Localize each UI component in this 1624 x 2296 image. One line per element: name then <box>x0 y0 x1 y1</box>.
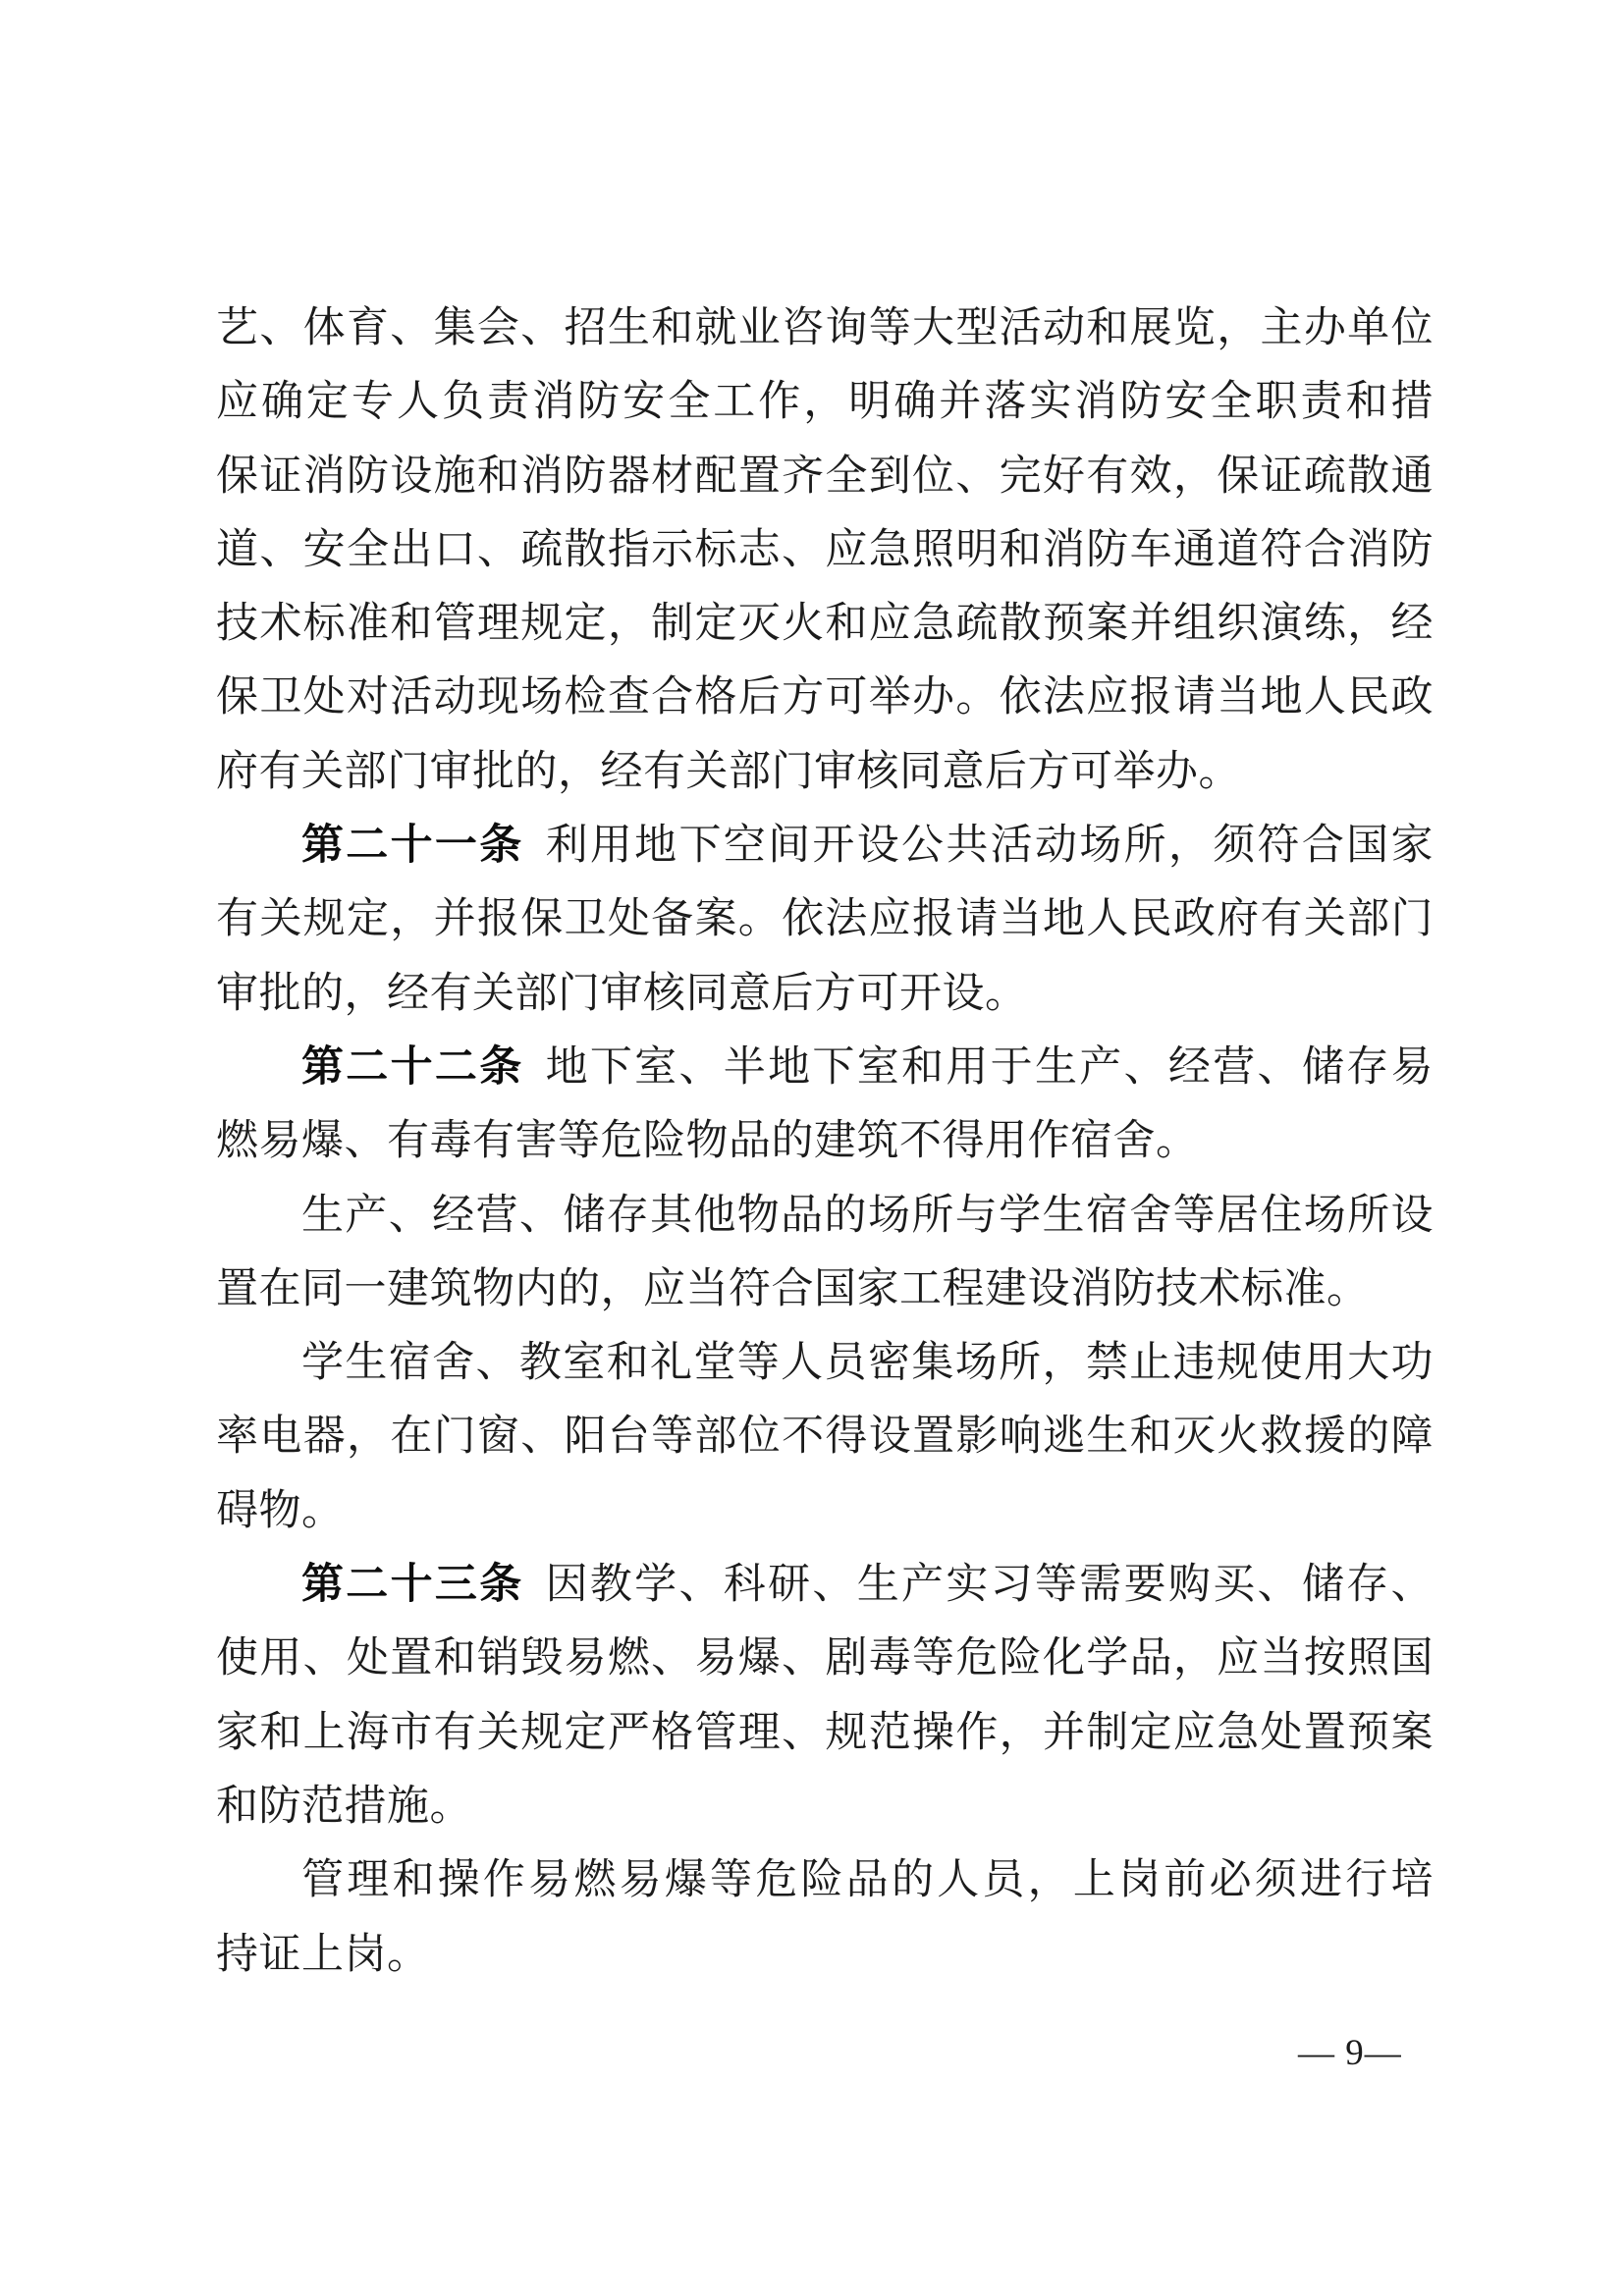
text-line: 使用、处置和销毁易燃、易爆、剧毒等危险化学品，应当按照国 <box>216 1622 1434 1695</box>
text-line: 和防范措施。 <box>216 1770 1434 1843</box>
text-line: 燃易爆、有毒有害等危险物品的建筑不得用作宿舍。 <box>216 1104 1434 1178</box>
text-line: 保卫处对活动现场检查合格后方可举办。依法应报请当地人民政 <box>216 661 1434 734</box>
text-line: 第二十二条地下室、半地下室和用于生产、经营、储存易 <box>216 1031 1434 1104</box>
article-number-heading: 第二十一条 <box>301 822 524 869</box>
article-number-heading: 第二十二条 <box>301 1043 524 1091</box>
text-line: 生产、经营、储存其他物品的场所与学生宿舍等居住场所设 <box>216 1179 1434 1253</box>
document-body: 艺、体育、集会、招生和就业咨询等大型活动和展览，主办单位 应确定专人负责消防安全… <box>216 292 1434 1992</box>
line-text: 艺、体育、集会、招生和就业咨询等大型活动和展览，主办单位 <box>216 305 1434 351</box>
text-line: 第二十三条因教学、科研、生产实习等需要购买、储存、 <box>216 1548 1434 1622</box>
line-text: 有关规定，并报保卫处备案。依法应报请当地人民政府有关部门 <box>216 896 1434 942</box>
line-text: 保卫处对活动现场检查合格后方可举办。依法应报请当地人民政 <box>216 674 1434 721</box>
line-text: 管理和操作易燃易爆等危险品的人员，上岗前必须进行培训， <box>216 1857 1434 1917</box>
page-number: — 9— <box>1298 2032 1402 2075</box>
text-line: 艺、体育、集会、招生和就业咨询等大型活动和展览，主办单位 <box>216 292 1434 365</box>
line-text: 学生宿舍、教室和礼堂等人员密集场所，禁止违规使用大功 <box>301 1340 1434 1386</box>
line-text: 审批的，经有关部门审核同意后方可开设。 <box>216 971 1028 1017</box>
text-line: 府有关部门审批的，经有关部门审核同意后方可举办。 <box>216 735 1434 809</box>
line-text: 保证消防设施和消防器材配置齐全到位、完好有效，保证疏散通 <box>216 454 1434 500</box>
line-text: 使用、处置和销毁易燃、易爆、剧毒等危险化学品，应当按照国 <box>216 1635 1434 1682</box>
text-line: 学生宿舍、教室和礼堂等人员密集场所，禁止违规使用大功 <box>216 1326 1434 1400</box>
text-line: 家和上海市有关规定严格管理、规范操作，并制定应急处置预案 <box>216 1696 1434 1770</box>
line-text: 碍物。 <box>216 1488 345 1534</box>
line-text: 利用地下空间开设公共活动场所，须符合国家 <box>546 823 1434 869</box>
line-text: 置在同一建筑物内的，应当符合国家工程建设消防技术标准。 <box>216 1266 1370 1312</box>
text-line: 管理和操作易燃易爆等危险品的人员，上岗前必须进行培训， <box>216 1843 1434 1917</box>
line-text: 家和上海市有关规定严格管理、规范操作，并制定应急处置预案 <box>216 1710 1434 1756</box>
line-text: 和防范措施。 <box>216 1784 472 1830</box>
line-text: 地下室、半地下室和用于生产、经营、储存易 <box>546 1044 1434 1091</box>
line-text: 应确定专人负责消防安全工作，明确并落实消防安全职责和措施， <box>216 379 1434 439</box>
text-line: 持证上岗。 <box>216 1918 1434 1992</box>
text-line: 置在同一建筑物内的，应当符合国家工程建设消防技术标准。 <box>216 1253 1434 1326</box>
text-line: 技术标准和管理规定，制定灭火和应急疏散预案并组织演练，经 <box>216 587 1434 661</box>
text-line: 率电器，在门窗、阳台等部位不得设置影响逃生和灭火救援的障 <box>216 1400 1434 1473</box>
text-line: 保证消防设施和消防器材配置齐全到位、完好有效，保证疏散通 <box>216 440 1434 513</box>
text-line: 审批的，经有关部门审核同意后方可开设。 <box>216 957 1434 1031</box>
text-line: 有关规定，并报保卫处备案。依法应报请当地人民政府有关部门 <box>216 882 1434 956</box>
document-page: 艺、体育、集会、招生和就业咨询等大型活动和展览，主办单位 应确定专人负责消防安全… <box>0 0 1624 2296</box>
line-text: 府有关部门审批的，经有关部门审核同意后方可举办。 <box>216 749 1241 795</box>
article-number-heading: 第二十三条 <box>301 1561 524 1608</box>
line-text: 持证上岗。 <box>216 1932 430 1978</box>
line-text: 燃易爆、有毒有害等危险物品的建筑不得用作宿舍。 <box>216 1118 1199 1164</box>
text-line: 第二十一条利用地下空间开设公共活动场所，须符合国家 <box>216 809 1434 882</box>
line-text: 道、安全出口、疏散指示标志、应急照明和消防车通道符合消防 <box>216 527 1434 573</box>
line-text: 技术标准和管理规定，制定灭火和应急疏散预案并组织演练，经 <box>216 601 1434 647</box>
line-text: 生产、经营、储存其他物品的场所与学生宿舍等居住场所设 <box>301 1193 1434 1239</box>
line-text: 因教学、科研、生产实习等需要购买、储存、 <box>546 1562 1434 1608</box>
line-text: 率电器，在门窗、阳台等部位不得设置影响逃生和灭火救援的障 <box>216 1414 1434 1460</box>
text-line: 道、安全出口、疏散指示标志、应急照明和消防车通道符合消防 <box>216 513 1434 587</box>
text-line: 应确定专人负责消防安全工作，明确并落实消防安全职责和措施， <box>216 365 1434 439</box>
text-line: 碍物。 <box>216 1474 1434 1548</box>
